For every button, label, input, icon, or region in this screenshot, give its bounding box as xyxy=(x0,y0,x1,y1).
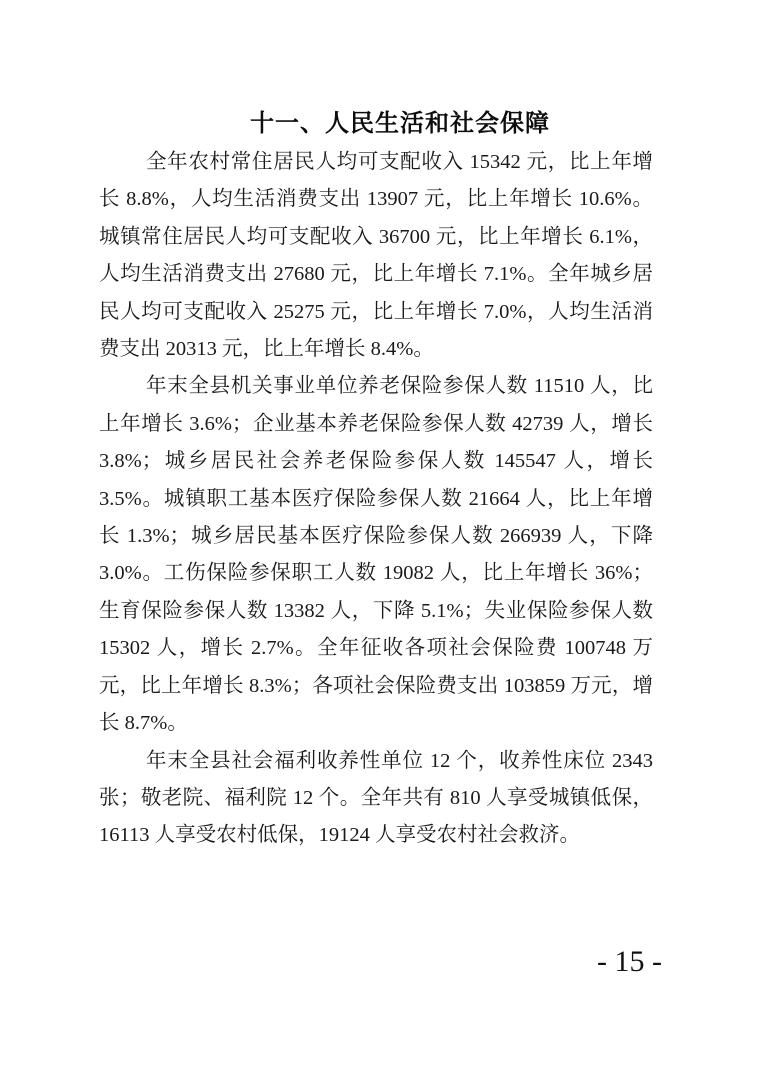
page-number: - 15 - xyxy=(597,947,662,977)
section-title: 十一、人民生活和社会保障 xyxy=(99,104,653,144)
paragraph-social-welfare: 年末全县社会福利收养性单位 12 个，收养性床位 2343 张；敬老院、福利院 … xyxy=(99,743,653,855)
document-content: 十一、人民生活和社会保障 全年农村常住居民人均可支配收入 15342 元，比上年… xyxy=(99,104,653,855)
body-text: 全年农村常住居民人均可支配收入 15342 元，比上年增长 8.8%，人均生活消… xyxy=(99,144,653,855)
document-page: 十一、人民生活和社会保障 全年农村常住居民人均可支配收入 15342 元，比上年… xyxy=(0,0,757,1074)
paragraph-social-insurance: 年末全县机关事业单位养老保险参保人数 11510 人，比上年增长 3.6%；企业… xyxy=(99,368,653,742)
paragraph-income: 全年农村常住居民人均可支配收入 15342 元，比上年增长 8.8%，人均生活消… xyxy=(99,144,653,368)
